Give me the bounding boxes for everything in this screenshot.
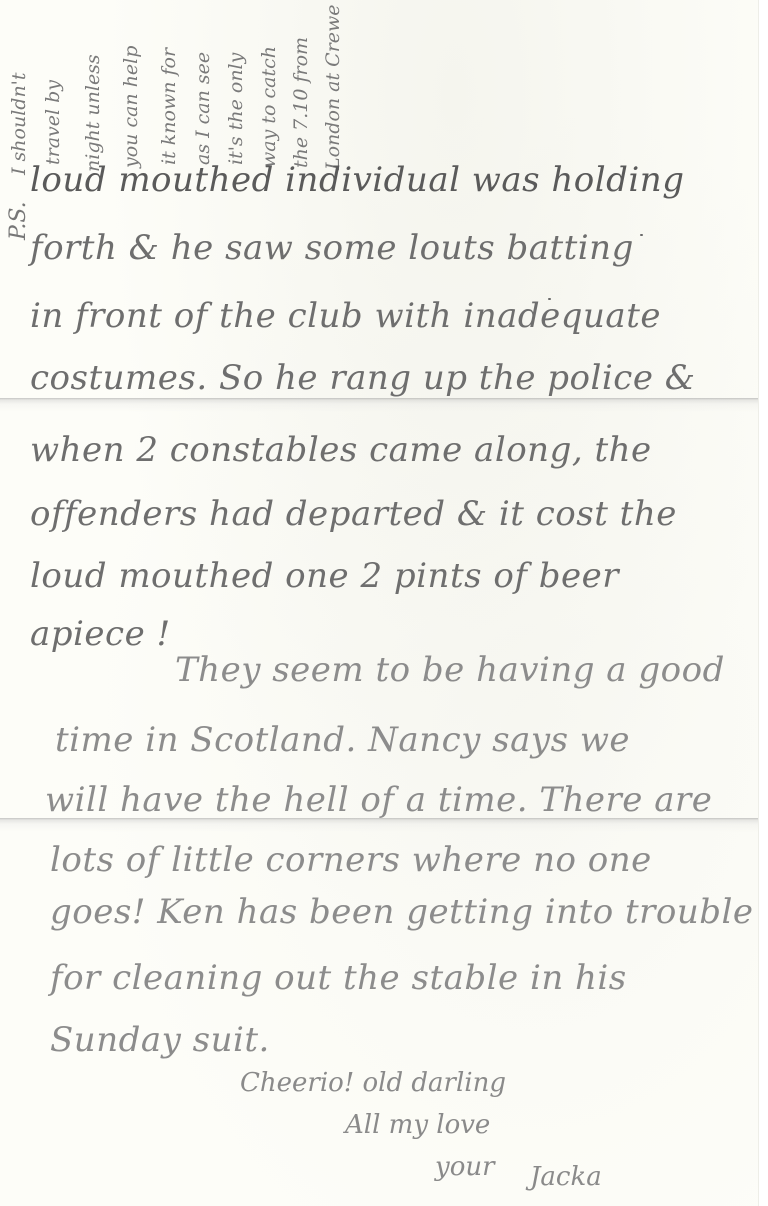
letter-line: for cleaning out the stable in his (50, 958, 627, 998)
letter-line: loud mouthed one 2 pints of beer (30, 556, 619, 596)
fold-line-upper (0, 398, 758, 412)
letter-line: in front of the club with inadequate (30, 296, 661, 336)
fold-line-lower (0, 818, 758, 832)
scan-edge (758, 0, 768, 1206)
postscript-line: the 7.10 from (290, 37, 312, 168)
postscript-line: I shouldn't (8, 72, 30, 175)
letter-line: costumes. So he rang up the police & (30, 358, 696, 398)
letter-line: offenders had departed & it cost the (30, 494, 677, 534)
postscript-line: way to catch (258, 46, 280, 168)
closing-love: All my love (345, 1110, 490, 1140)
letter-line: lots of little corners where no one (50, 840, 652, 880)
postscript-line: London at Crewe (322, 4, 344, 170)
signature: Jacka (530, 1162, 602, 1192)
letter-line: They seem to be having a good (175, 650, 725, 690)
postscript-line: as I can see (192, 52, 214, 165)
letter-line: time in Scotland. Nancy says we (55, 720, 630, 760)
closing-greeting: Cheerio! old darling (240, 1068, 506, 1098)
closing-your: your (435, 1152, 495, 1182)
letter-line: Sunday suit. (50, 1020, 270, 1060)
letter-page: P.S. I shouldn't travel by night unless … (0, 0, 758, 1206)
postscript-line: you can help (120, 46, 142, 168)
letter-line: forth & he saw some louts batting (30, 228, 634, 268)
letter-line: apiece ! (30, 614, 171, 654)
ink-speck (548, 298, 551, 300)
postscript-line: night unless (82, 54, 104, 172)
postscript-line: it known for (158, 48, 180, 165)
ink-speck (640, 234, 643, 236)
letter-line: when 2 constables came along, the (30, 430, 652, 470)
letter-line: will have the hell of a time. There are (45, 780, 712, 820)
postscript-label: P.S. (6, 201, 31, 240)
postscript-line: it's the only (225, 53, 247, 165)
postscript-line: travel by (42, 80, 64, 165)
letter-line: loud mouthed individual was holding (30, 160, 684, 200)
letter-line: goes! Ken has been getting into trouble (50, 892, 754, 932)
